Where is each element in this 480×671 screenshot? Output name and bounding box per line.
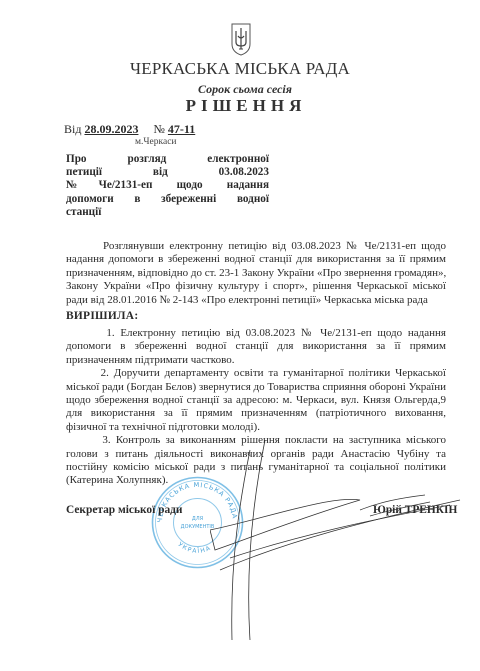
text-line: Закону України «Про фізичну культуру і с… — [66, 280, 446, 293]
city-label: м.Черкаси — [135, 137, 177, 147]
stamp-bottom-text: УКРАЇНА — [177, 541, 213, 555]
text-line: щодо збереження водної станції за адресо… — [66, 394, 446, 407]
number-prefix: № — [153, 122, 164, 136]
subject-line: Про розгляд електронної — [66, 153, 269, 166]
decision-date: 28.09.2023 — [84, 122, 138, 136]
svg-text:УКРАЇНА: УКРАЇНА — [177, 541, 213, 555]
text-line: ради від 28.01.2016 № 2-143 «Про електро… — [66, 294, 446, 307]
text-line: призначенням, відповідно до ст. 23-1 Зак… — [66, 267, 446, 280]
subject-line: станції — [66, 206, 269, 219]
date-number-line: Від 28.09.2023 № 47-11 — [64, 122, 195, 137]
text-line: допомоги в збереженні водної станції для… — [66, 340, 446, 353]
trident-emblem-icon — [230, 22, 252, 56]
text-line: міської ради (Богдан Бєлов) звернутися д… — [66, 381, 446, 394]
preamble-paragraph: Розглянувши електронну петицію від 03.08… — [66, 240, 446, 307]
text-line: 2. Доручити департаменту освіти та гуман… — [66, 367, 446, 380]
document-type: РІШЕННЯ — [0, 96, 480, 116]
subject-line: №Че/2131-еп щодо надання — [66, 179, 269, 192]
decision-number: 47-11 — [168, 122, 195, 136]
text-line: Розглянувши електронну петицію від 03.08… — [66, 240, 446, 253]
decided-heading: ВИРІШИЛА: — [66, 310, 138, 322]
text-line: для використання за її прямим призначенн… — [66, 407, 446, 420]
handwritten-signature — [210, 440, 470, 650]
council-name: ЧЕРКАСЬКА МІСЬКА РАДА — [0, 59, 480, 79]
date-prefix: Від — [64, 122, 81, 136]
text-line: фізичної та технічної підготовки молоді)… — [66, 421, 446, 434]
stamp-center-text-1: ДЛЯ — [192, 516, 203, 522]
signatory-position: Секретар міської ради — [66, 504, 182, 516]
text-line: 1. Електронну петицію від 03.08.2023 № Ч… — [66, 327, 446, 340]
text-line: надання допомоги в збереженні водної ста… — [66, 253, 446, 266]
subject-line: петиції від 03.08.2023 — [66, 166, 269, 179]
session-title: Сорок сьома сесія — [0, 82, 480, 97]
subject-line: допомоги в збереженні водної — [66, 193, 269, 206]
text-line: призначенням підтримати частково. — [66, 354, 446, 367]
decision-subject: Про розгляд електронної петиції від 03.0… — [66, 153, 269, 219]
